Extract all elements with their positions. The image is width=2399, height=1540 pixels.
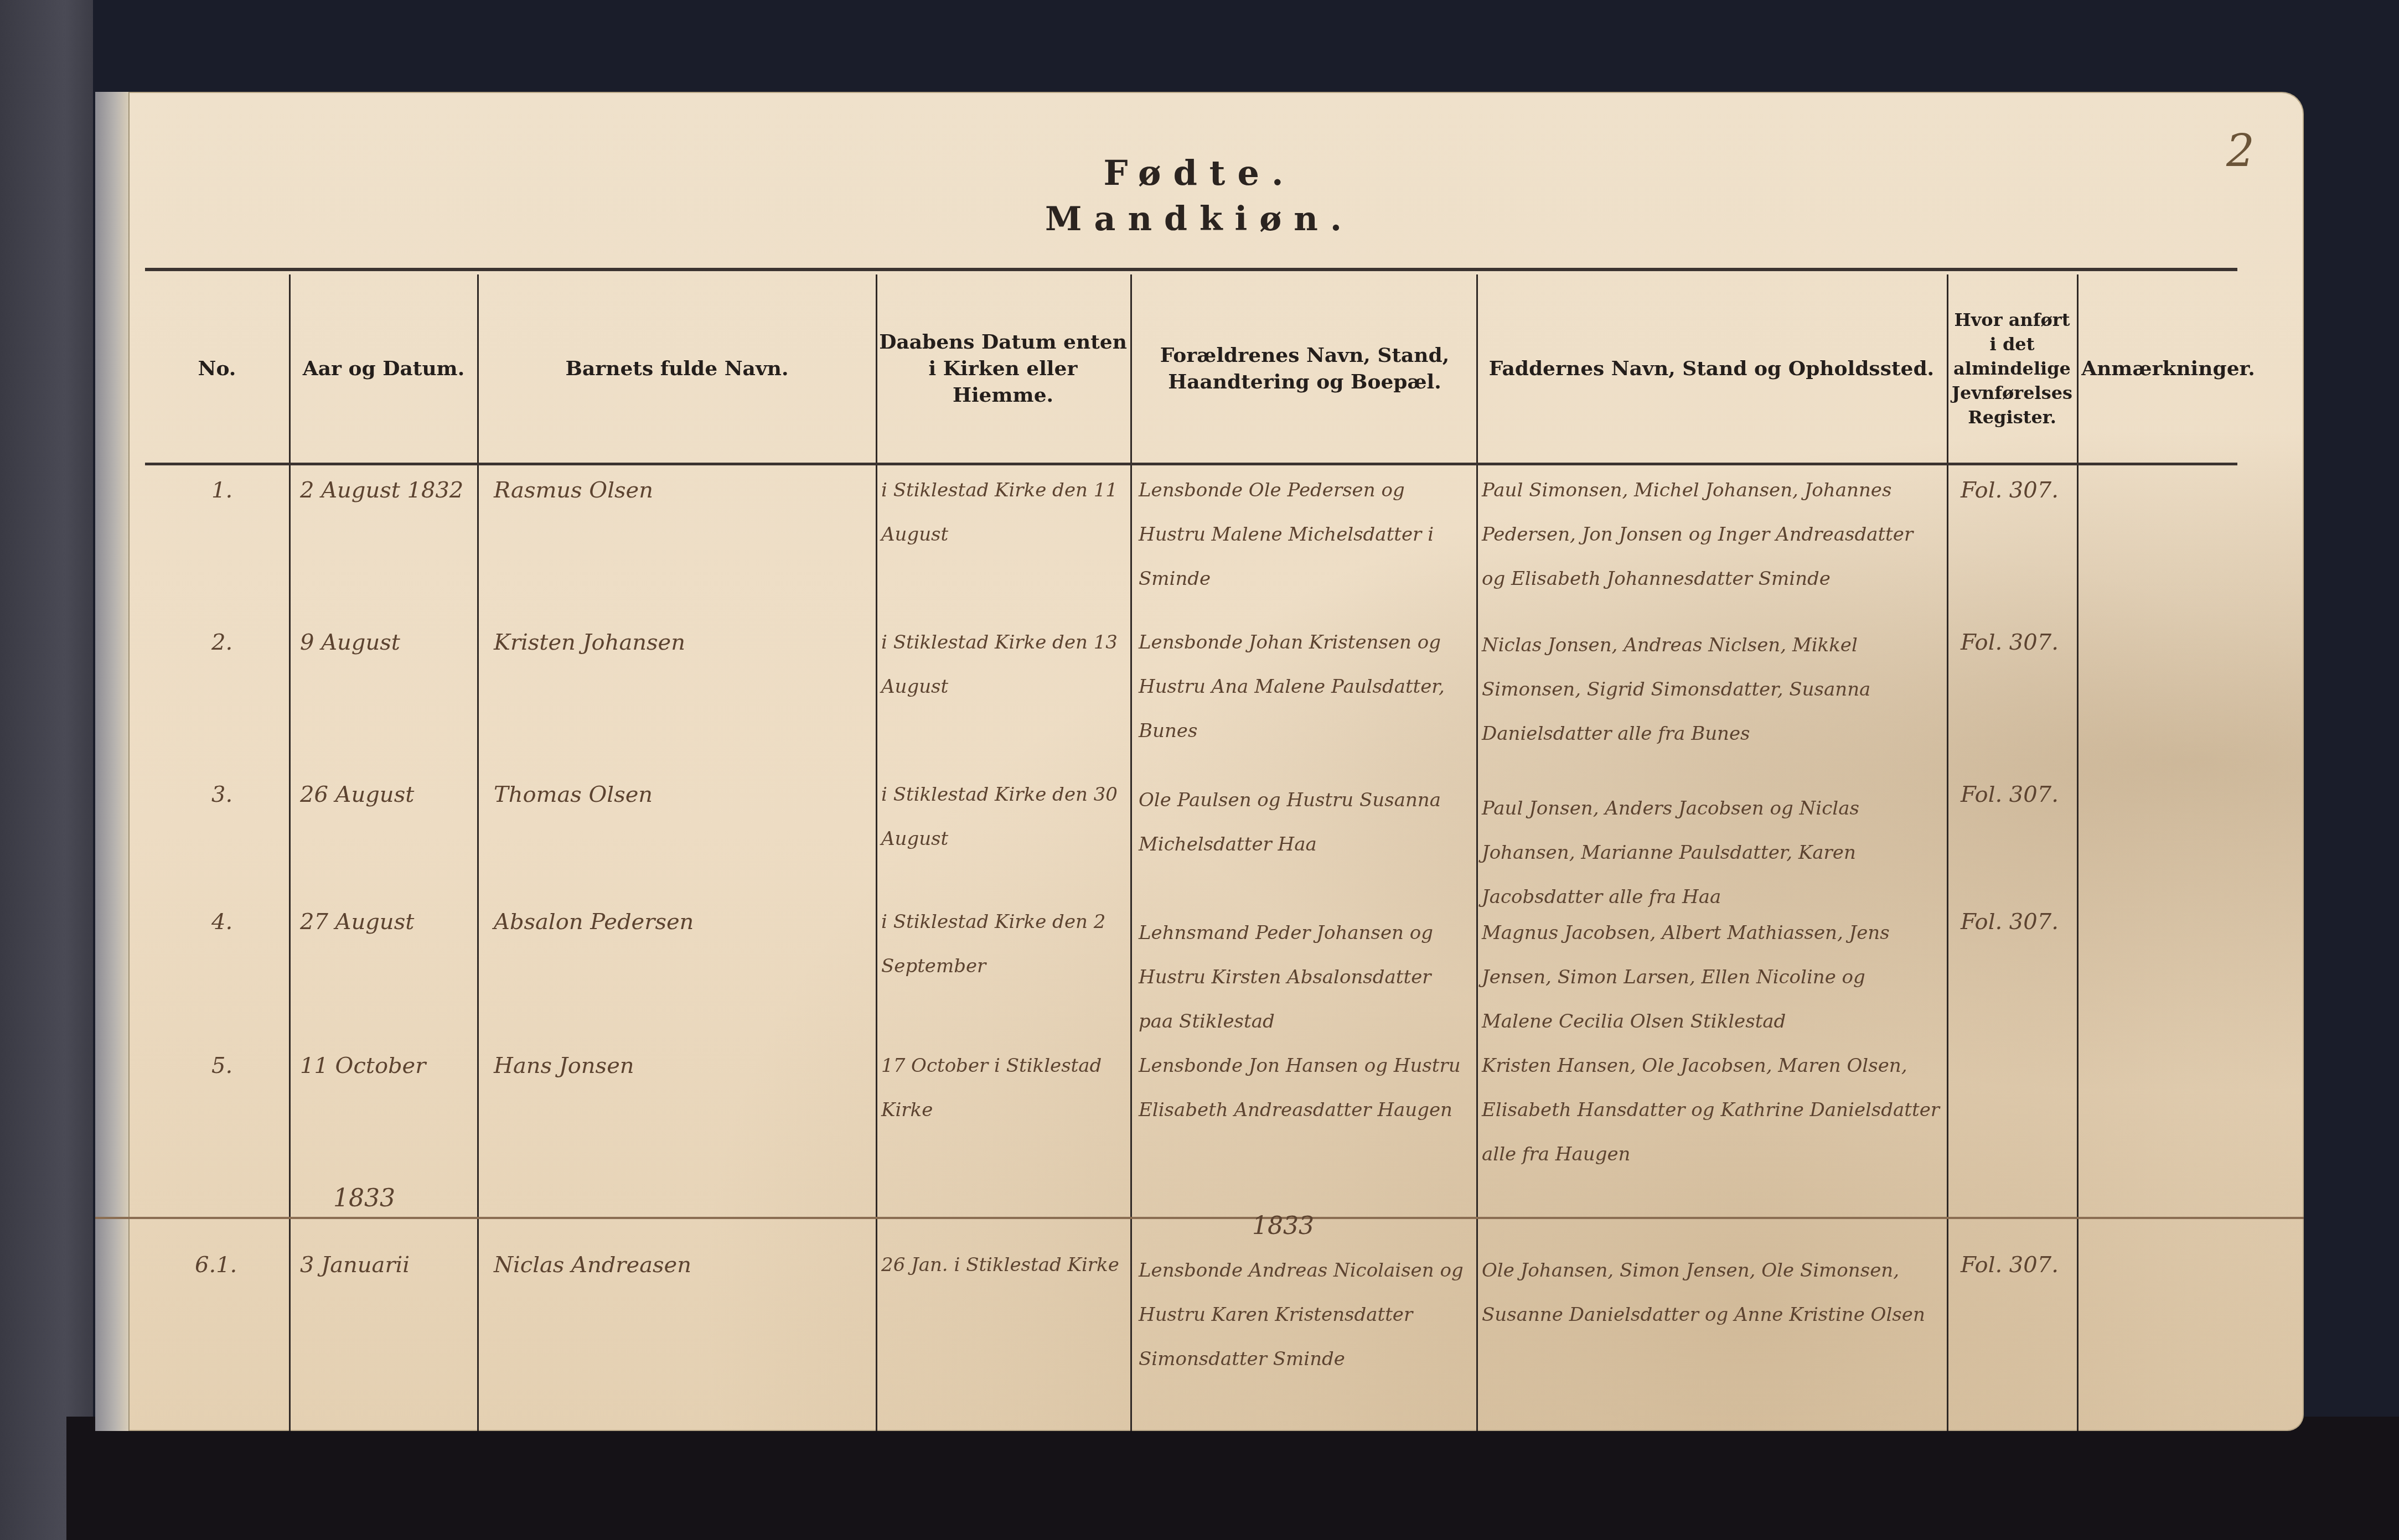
column-header-no: No. bbox=[145, 280, 289, 457]
background-surface bbox=[66, 1417, 2399, 1540]
entry-4-name: Absalon Pedersen bbox=[494, 900, 694, 944]
entry-3-name: Thomas Olsen bbox=[494, 772, 653, 817]
entry-5-parents: Lensbonde Jon Hansen og Hustru Elisabeth… bbox=[1139, 1044, 1471, 1132]
entry-1-godparents: Paul Simonsen, Michel Johansen, Johannes… bbox=[1482, 468, 1941, 601]
entry-5-name: Hans Jonsen bbox=[494, 1044, 634, 1088]
entry-5-no: 5. bbox=[211, 1044, 232, 1088]
entry-1-date: 2 August 1832 bbox=[300, 468, 477, 512]
entry-1-parents: Lensbonde Ole Pedersen og Hustru Malene … bbox=[1139, 468, 1471, 601]
entry-5-baptism: 17 October i Stiklestad Kirke bbox=[881, 1044, 1125, 1132]
header-bottom-rule bbox=[145, 463, 2237, 465]
page-binding-edge bbox=[95, 92, 130, 1431]
entry-1-register: Fol. 307. bbox=[1961, 468, 2059, 512]
entry-2-baptism: i Stiklestad Kirke den 13 August bbox=[881, 620, 1125, 709]
entry-3-date: 26 August bbox=[300, 772, 477, 817]
register-page: 2 Fødte. Mandkiøn. No. Aar og Datum. Bar… bbox=[95, 92, 2304, 1431]
entry-4-date: 27 August bbox=[300, 900, 477, 944]
entry-6-parents: Lensbonde Andreas Nicolaisen og Hustru K… bbox=[1139, 1248, 1471, 1381]
entry-6-date: 3 Januarii bbox=[300, 1243, 477, 1287]
book-spine bbox=[0, 0, 93, 1540]
column-header-remarks: Anmærkninger. bbox=[2080, 280, 2257, 457]
entry-6-name: Niclas Andreasen bbox=[494, 1243, 691, 1287]
page-title: Fødte. bbox=[95, 153, 2304, 193]
entry-6-year-note: 1833 bbox=[333, 1176, 395, 1221]
entry-2-date: 9 August bbox=[300, 620, 477, 665]
entry-3-godparents: Paul Jonsen, Anders Jacobsen og Niclas J… bbox=[1482, 786, 1941, 919]
entry-4-no: 4. bbox=[211, 900, 232, 944]
entry-3-baptism: i Stiklestad Kirke den 30 August bbox=[881, 772, 1125, 861]
column-header-baptism-date: Daabens Datum enten i Kirken eller Hiemm… bbox=[878, 280, 1128, 457]
entry-2-parents: Lensbonde Johan Kristensen og Hustru Ana… bbox=[1139, 620, 1471, 753]
column-divider bbox=[1476, 274, 1478, 1431]
column-divider bbox=[876, 274, 877, 1431]
entry-3-no: 3. bbox=[211, 772, 232, 817]
column-header-date: Aar og Datum. bbox=[290, 280, 477, 457]
entry-4-register: Fol. 307. bbox=[1961, 900, 2059, 944]
entry-5-godparents: Kristen Hansen, Ole Jacobsen, Maren Olse… bbox=[1482, 1044, 1941, 1176]
header-top-rule bbox=[145, 268, 2237, 271]
entry-4-baptism: i Stiklestad Kirke den 2 September bbox=[881, 900, 1125, 988]
year-divider-line bbox=[95, 1217, 2304, 1219]
page-subtitle: Mandkiøn. bbox=[95, 200, 2304, 238]
column-header-parents: Forældrenes Navn, Stand, Haandtering og … bbox=[1136, 280, 1473, 457]
entry-2-godparents: Niclas Jonsen, Andreas Niclsen, Mikkel S… bbox=[1482, 623, 1941, 756]
column-divider bbox=[1130, 274, 1132, 1431]
column-divider bbox=[2077, 274, 2079, 1431]
entry-3-parents: Ole Paulsen og Hustru Susanna Michelsdat… bbox=[1139, 778, 1471, 867]
entry-2-name: Kristen Johansen bbox=[494, 620, 685, 665]
entry-1-name: Rasmus Olsen bbox=[494, 468, 653, 512]
entry-1-no: 1. bbox=[211, 468, 232, 512]
column-header-register: Hvor anført i det almindelige Jevnførels… bbox=[1948, 280, 2076, 457]
entry-6-register: Fol. 307. bbox=[1961, 1243, 2059, 1287]
entry-6-godparents: Ole Johansen, Simon Jensen, Ole Simonsen… bbox=[1482, 1248, 1941, 1337]
entry-1-baptism: i Stiklestad Kirke den 11 August bbox=[881, 468, 1125, 557]
column-header-child-name: Barnets fulde Navn. bbox=[478, 280, 876, 457]
entry-2-no: 2. bbox=[211, 620, 232, 665]
entry-2-register: Fol. 307. bbox=[1961, 620, 2059, 665]
entry-6-no: 6.1. bbox=[195, 1243, 237, 1287]
entry-4-parents: Lehnsmand Peder Johansen og Hustru Kirst… bbox=[1139, 911, 1471, 1044]
entry-3-register: Fol. 307. bbox=[1961, 772, 2059, 817]
entry-6-parents-year-note: 1833 bbox=[1252, 1204, 1314, 1248]
entry-6-baptism: 26 Jan. i Stiklestad Kirke bbox=[881, 1243, 1125, 1287]
column-header-godparents: Faddernes Navn, Stand og Opholdssted. bbox=[1479, 280, 1944, 457]
entry-4-godparents: Magnus Jacobsen, Albert Mathiassen, Jens… bbox=[1482, 911, 1941, 1044]
entry-5-date: 11 October bbox=[300, 1044, 477, 1088]
